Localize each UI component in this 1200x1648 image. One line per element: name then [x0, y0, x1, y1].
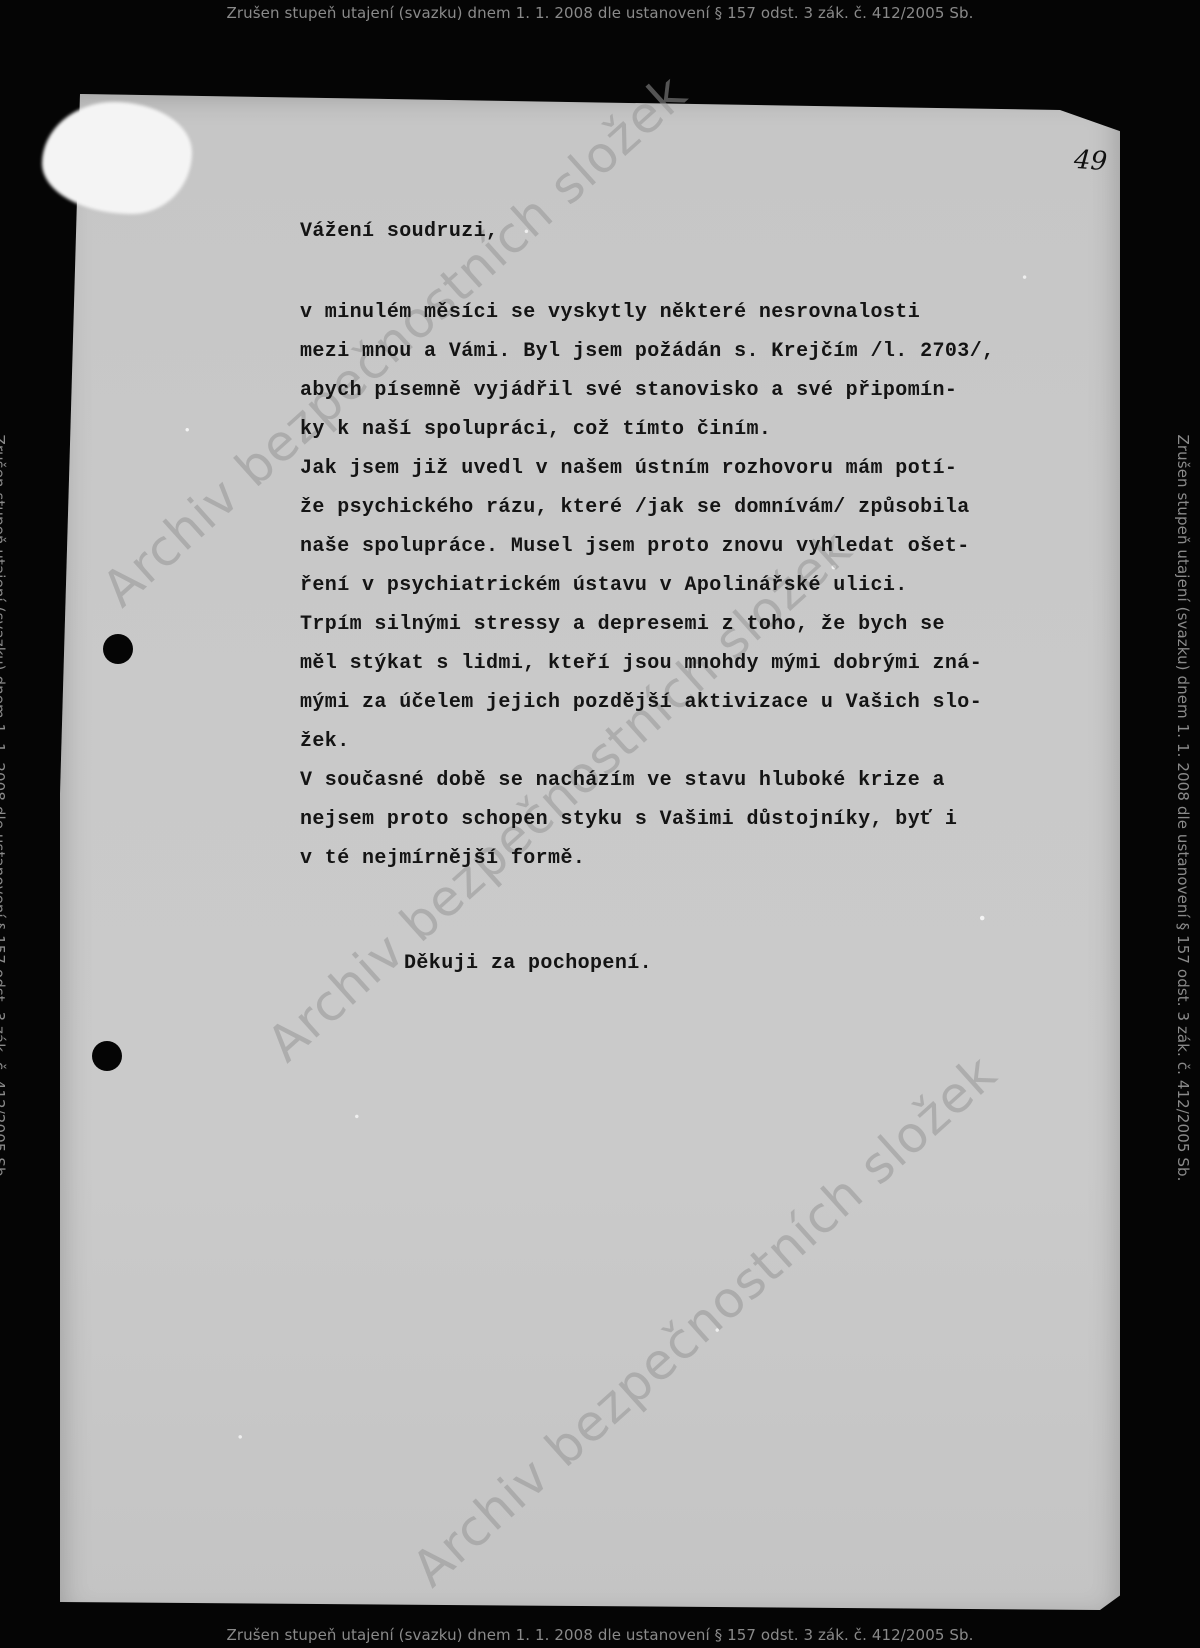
letter-line: v té nejmírnější formě.	[300, 839, 1020, 878]
letter-line: V současné době se nacházím ve stavu hlu…	[300, 761, 1020, 800]
punch-hole	[103, 634, 133, 664]
paper-damage-blot	[42, 102, 192, 214]
declassification-stamp-top: Zrušen stupeň utajení (svazku) dnem 1. 1…	[0, 4, 1200, 22]
letter-line: ření v psychiatrickém ústavu v Apolinářs…	[300, 566, 1020, 605]
declassification-stamp-right: Zrušen stupeň utajení (svazku) dnem 1. 1…	[1174, 435, 1192, 1182]
letter-line: ky k naší spolupráci, což tímto činím.	[300, 410, 1020, 449]
declassification-stamp-left: Zrušen stupeň utajení (svazku) dnem 1. 1…	[0, 435, 8, 1182]
letter-line: abych písemně vyjádřil své stanovisko a …	[300, 371, 1020, 410]
letter-body: Vážení soudruzi, v minulém měsíci se vys…	[300, 212, 1020, 983]
letter-line: mými za účelem jejich pozdější aktivizac…	[300, 683, 1020, 722]
letter-line: měl stýkat s lidmi, kteří jsou mnohdy mý…	[300, 644, 1020, 683]
letter-line: Jak jsem již uvedl v našem ústním rozhov…	[300, 449, 1020, 488]
page-number: 49	[1073, 145, 1108, 177]
letter-line: že psychického rázu, které /jak se domní…	[300, 488, 1020, 527]
letter-line: žek.	[300, 722, 1020, 761]
letter-salutation: Vážení soudruzi,	[300, 212, 1020, 251]
letter-line: Trpím silnými stressy a depresemi z toho…	[300, 605, 1020, 644]
letter-closing: Děkuji za pochopení.	[300, 944, 1020, 983]
punch-hole	[92, 1041, 122, 1071]
letter-line: naše spolupráce. Musel jsem proto znovu …	[300, 527, 1020, 566]
declassification-stamp-bottom: Zrušen stupeň utajení (svazku) dnem 1. 1…	[0, 1626, 1200, 1644]
letter-paragraphs: v minulém měsíci se vyskytly některé nes…	[300, 293, 1020, 878]
letter-line: v minulém měsíci se vyskytly některé nes…	[300, 293, 1020, 332]
letter-line: mezi mnou a Vámi. Byl jsem požádán s. Kr…	[300, 332, 1020, 371]
letter-line: nejsem proto schopen styku s Vašimi důst…	[300, 800, 1020, 839]
